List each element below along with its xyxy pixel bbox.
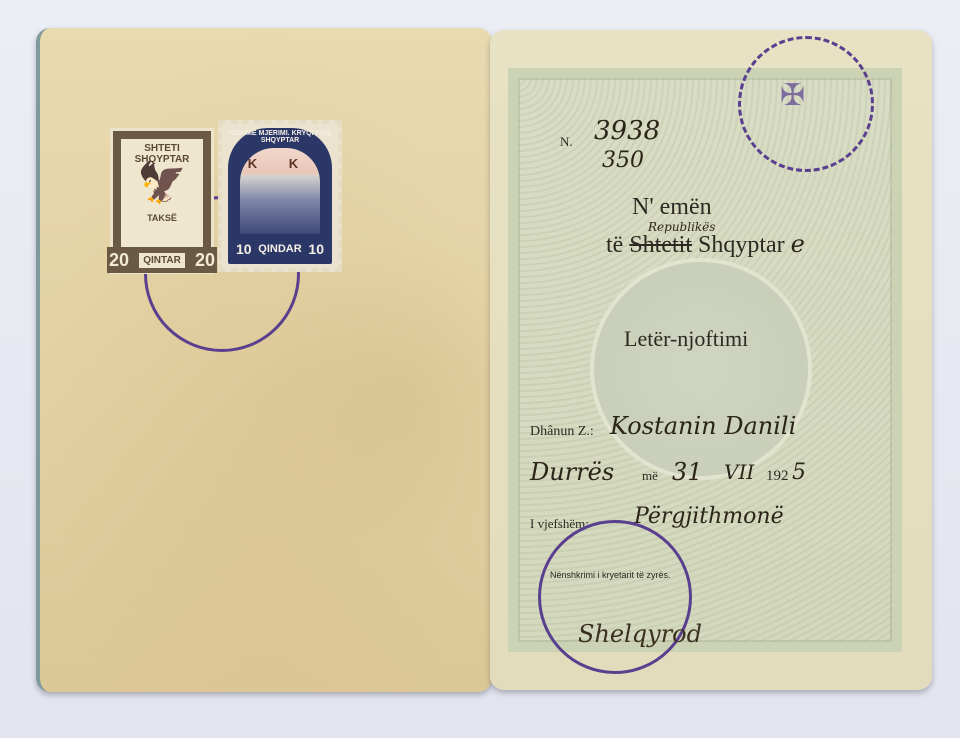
eagle-icon: 🦅 bbox=[121, 161, 203, 205]
stamp-currency: QINTAR bbox=[139, 253, 185, 268]
signature-label: Nënshkrimi i kryetarit të zyrës. bbox=[550, 570, 671, 580]
place-value: Durrës bbox=[530, 458, 614, 486]
heading-prefix: të bbox=[606, 232, 623, 258]
revenue-stamp: SHTETI SHQYPTAR 🦅 TAKSË 20 QINTAR 20 bbox=[110, 128, 214, 274]
stamp-currency: QINDAR bbox=[258, 243, 301, 255]
date-label: më bbox=[642, 468, 658, 484]
heading-suffix: Shqyptar bbox=[698, 232, 785, 258]
stamp-value-right: 20 bbox=[195, 250, 215, 271]
stamp-emblem-text: K K bbox=[240, 156, 320, 171]
year-handwritten: 5 bbox=[792, 460, 806, 485]
sub-number: 350 bbox=[602, 148, 644, 173]
stamp-picture: K K bbox=[240, 148, 320, 234]
heading-ending: e bbox=[791, 230, 805, 258]
seal-eagle-icon: ✠ bbox=[780, 78, 805, 113]
document-title: Letër-njoftimi bbox=[624, 326, 748, 352]
heading-line1: N' emën bbox=[632, 194, 712, 221]
official-seal-bottom bbox=[538, 520, 692, 674]
right-page: ✠ N. 3938 350 N' emën Republikës të Shte… bbox=[490, 30, 932, 690]
heading-struck-word: Shtetit bbox=[629, 232, 692, 258]
number-label: N. bbox=[560, 134, 573, 150]
stamp-value-left: 10 bbox=[236, 241, 252, 257]
issued-to-value: Kostanin Danili bbox=[610, 412, 796, 440]
signature-value: Shelqyrod bbox=[578, 620, 702, 648]
stamp-middle-text: TAKSË bbox=[121, 213, 203, 223]
issued-to-label: Dhânun Z.: bbox=[530, 424, 594, 440]
official-seal-top bbox=[738, 36, 874, 172]
date-day: 31 bbox=[672, 458, 703, 486]
valid-value: Përgjithmonë bbox=[634, 504, 784, 529]
charity-stamp: NDIHME MJERIMI. KRYQI KUQ SHQYPTAR K K 1… bbox=[218, 120, 342, 272]
watermark-seal bbox=[590, 258, 812, 480]
stamp-arc-text: NDIHME MJERIMI. KRYQI KUQ SHQYPTAR bbox=[228, 130, 332, 144]
year-printed: 192 bbox=[766, 468, 789, 485]
date-month: VII bbox=[724, 460, 754, 484]
number-value: 3938 bbox=[594, 116, 660, 146]
stamp-value-right: 10 bbox=[308, 241, 324, 257]
stamp-value-left: 20 bbox=[109, 250, 129, 271]
